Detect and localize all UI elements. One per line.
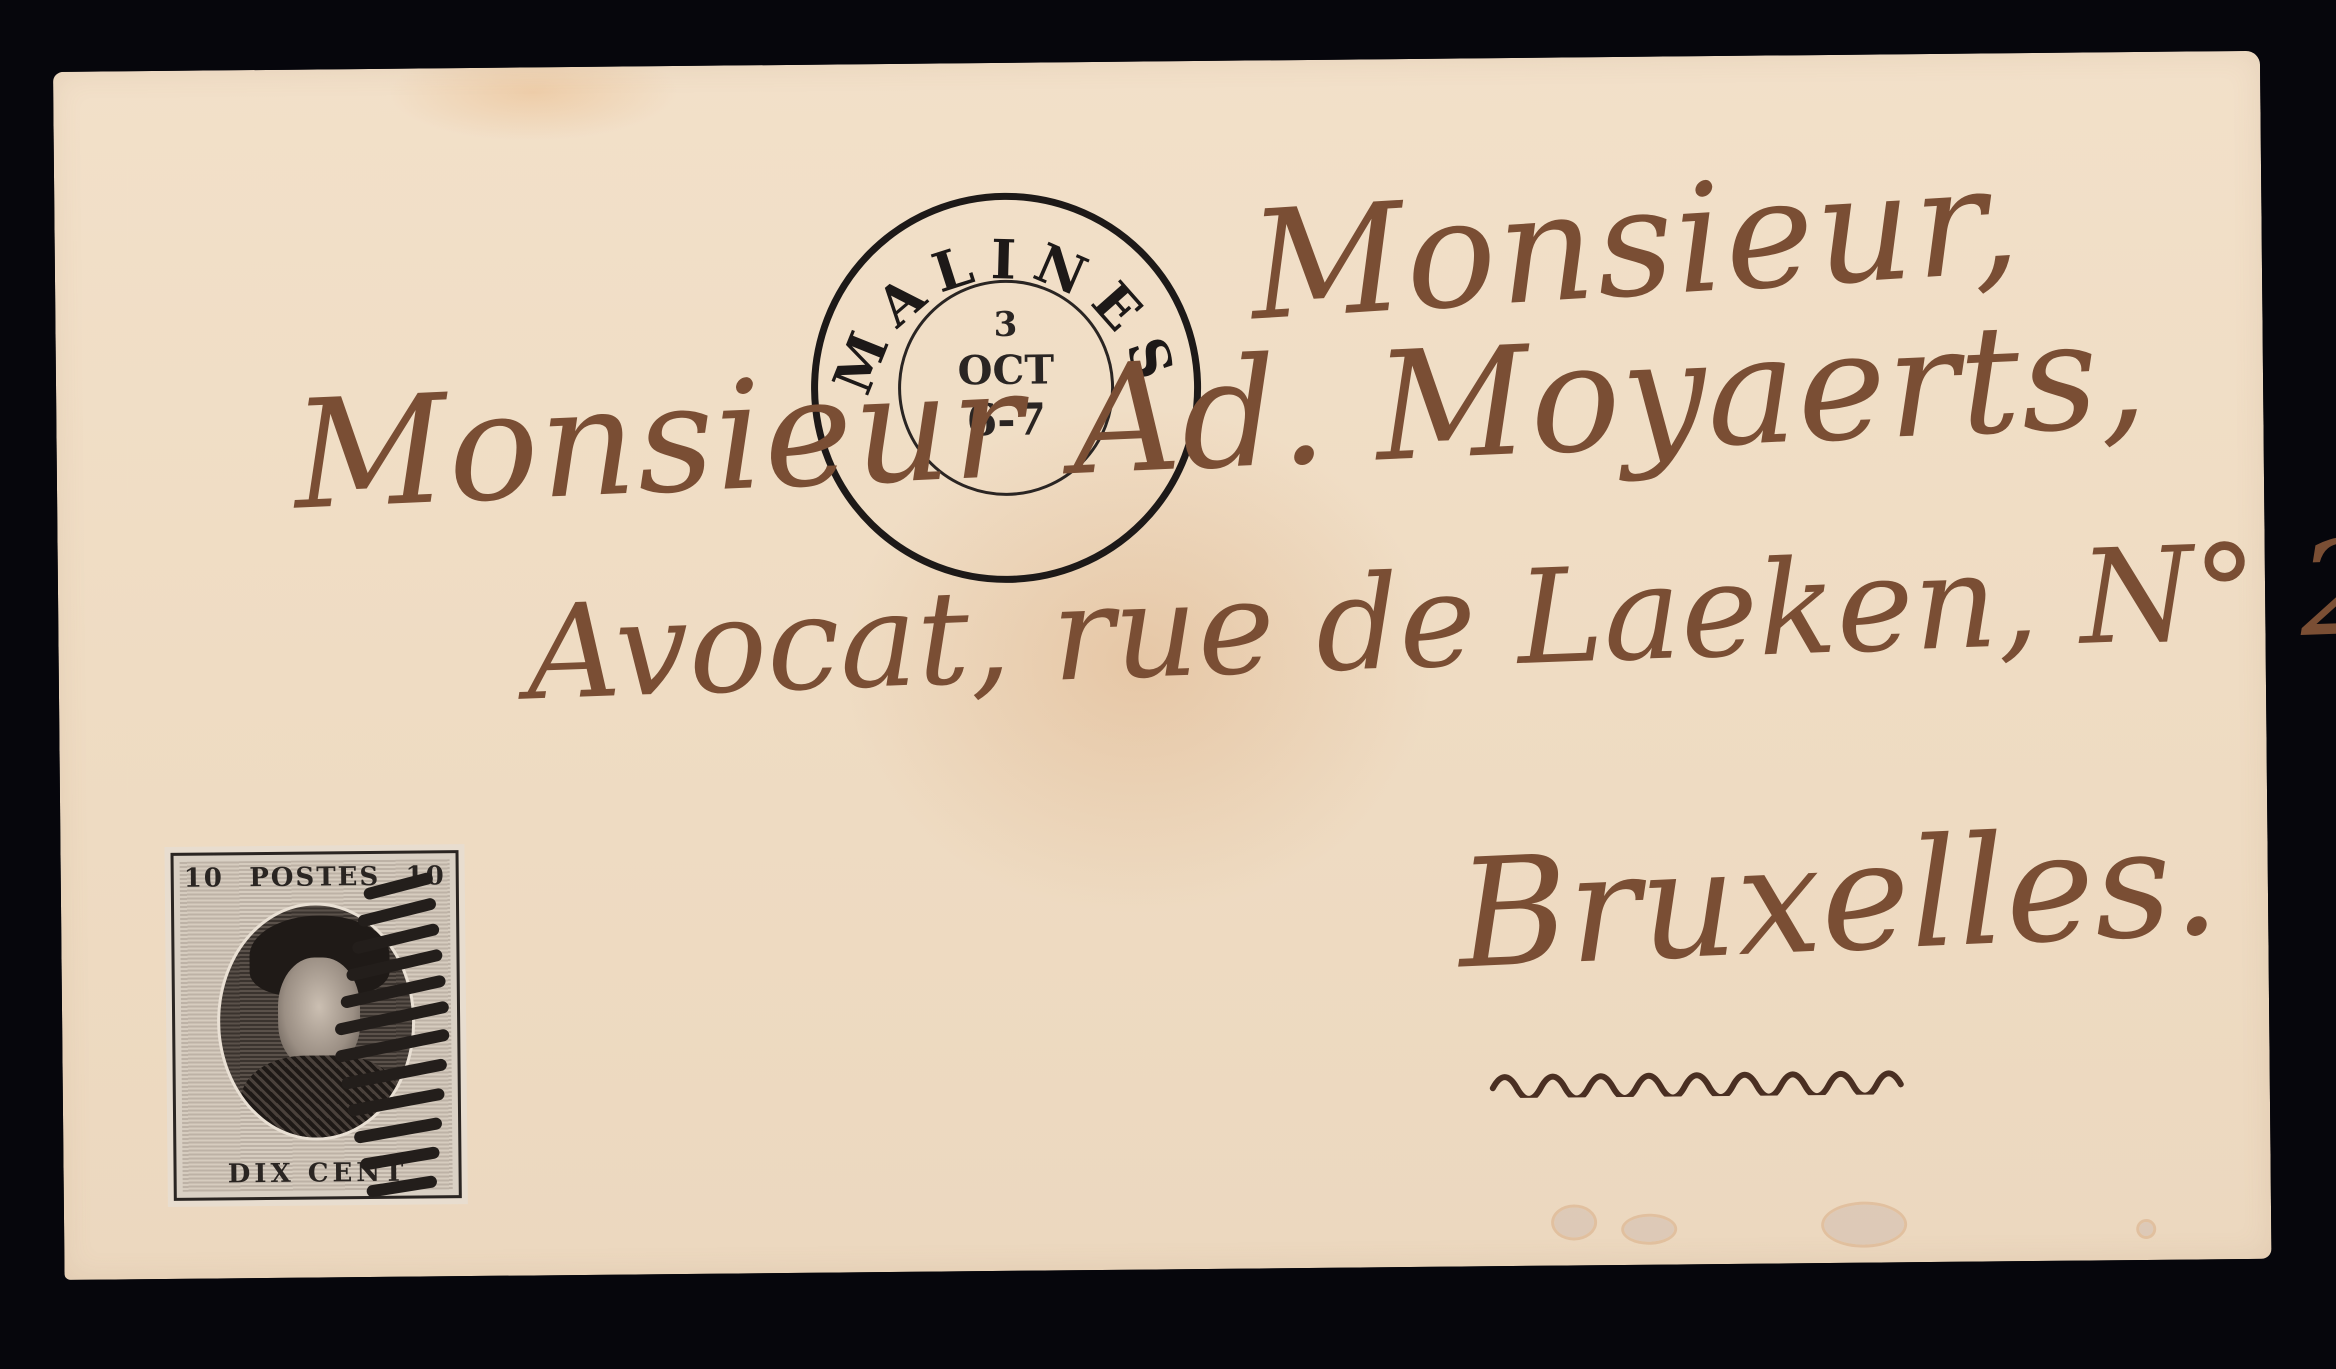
- bar-cancellation: [331, 868, 484, 1229]
- cancel-bar: [357, 897, 437, 928]
- envelope: 10 POSTES 10 DIX CENT MALINES 3 OCT 6-7 …: [53, 51, 2271, 1280]
- cancel-bar: [341, 1058, 448, 1090]
- address-street-line: Avocat, rue de Laeken, N° 2: [524, 511, 2336, 729]
- paper-stain: [1824, 1204, 1904, 1245]
- paper-stain: [2139, 1222, 2153, 1236]
- address-city: Bruxelles.: [1454, 795, 2222, 1003]
- cancel-bar: [362, 872, 433, 901]
- cancel-bar: [334, 1028, 450, 1063]
- cancel-bar: [351, 923, 440, 955]
- cancel-bar: [353, 1117, 442, 1144]
- paper-stain: [1554, 1207, 1594, 1237]
- paper-stain: [1624, 1216, 1674, 1241]
- city-underline-flourish: [1488, 1054, 1908, 1098]
- address-name-line: Monsieur Ad. Moyaerts,: [290, 287, 2151, 543]
- cancel-bar: [347, 1087, 445, 1117]
- cancel-bar: [366, 1175, 438, 1198]
- cancel-bar: [360, 1146, 440, 1171]
- stamp-value-left: 10: [184, 863, 224, 893]
